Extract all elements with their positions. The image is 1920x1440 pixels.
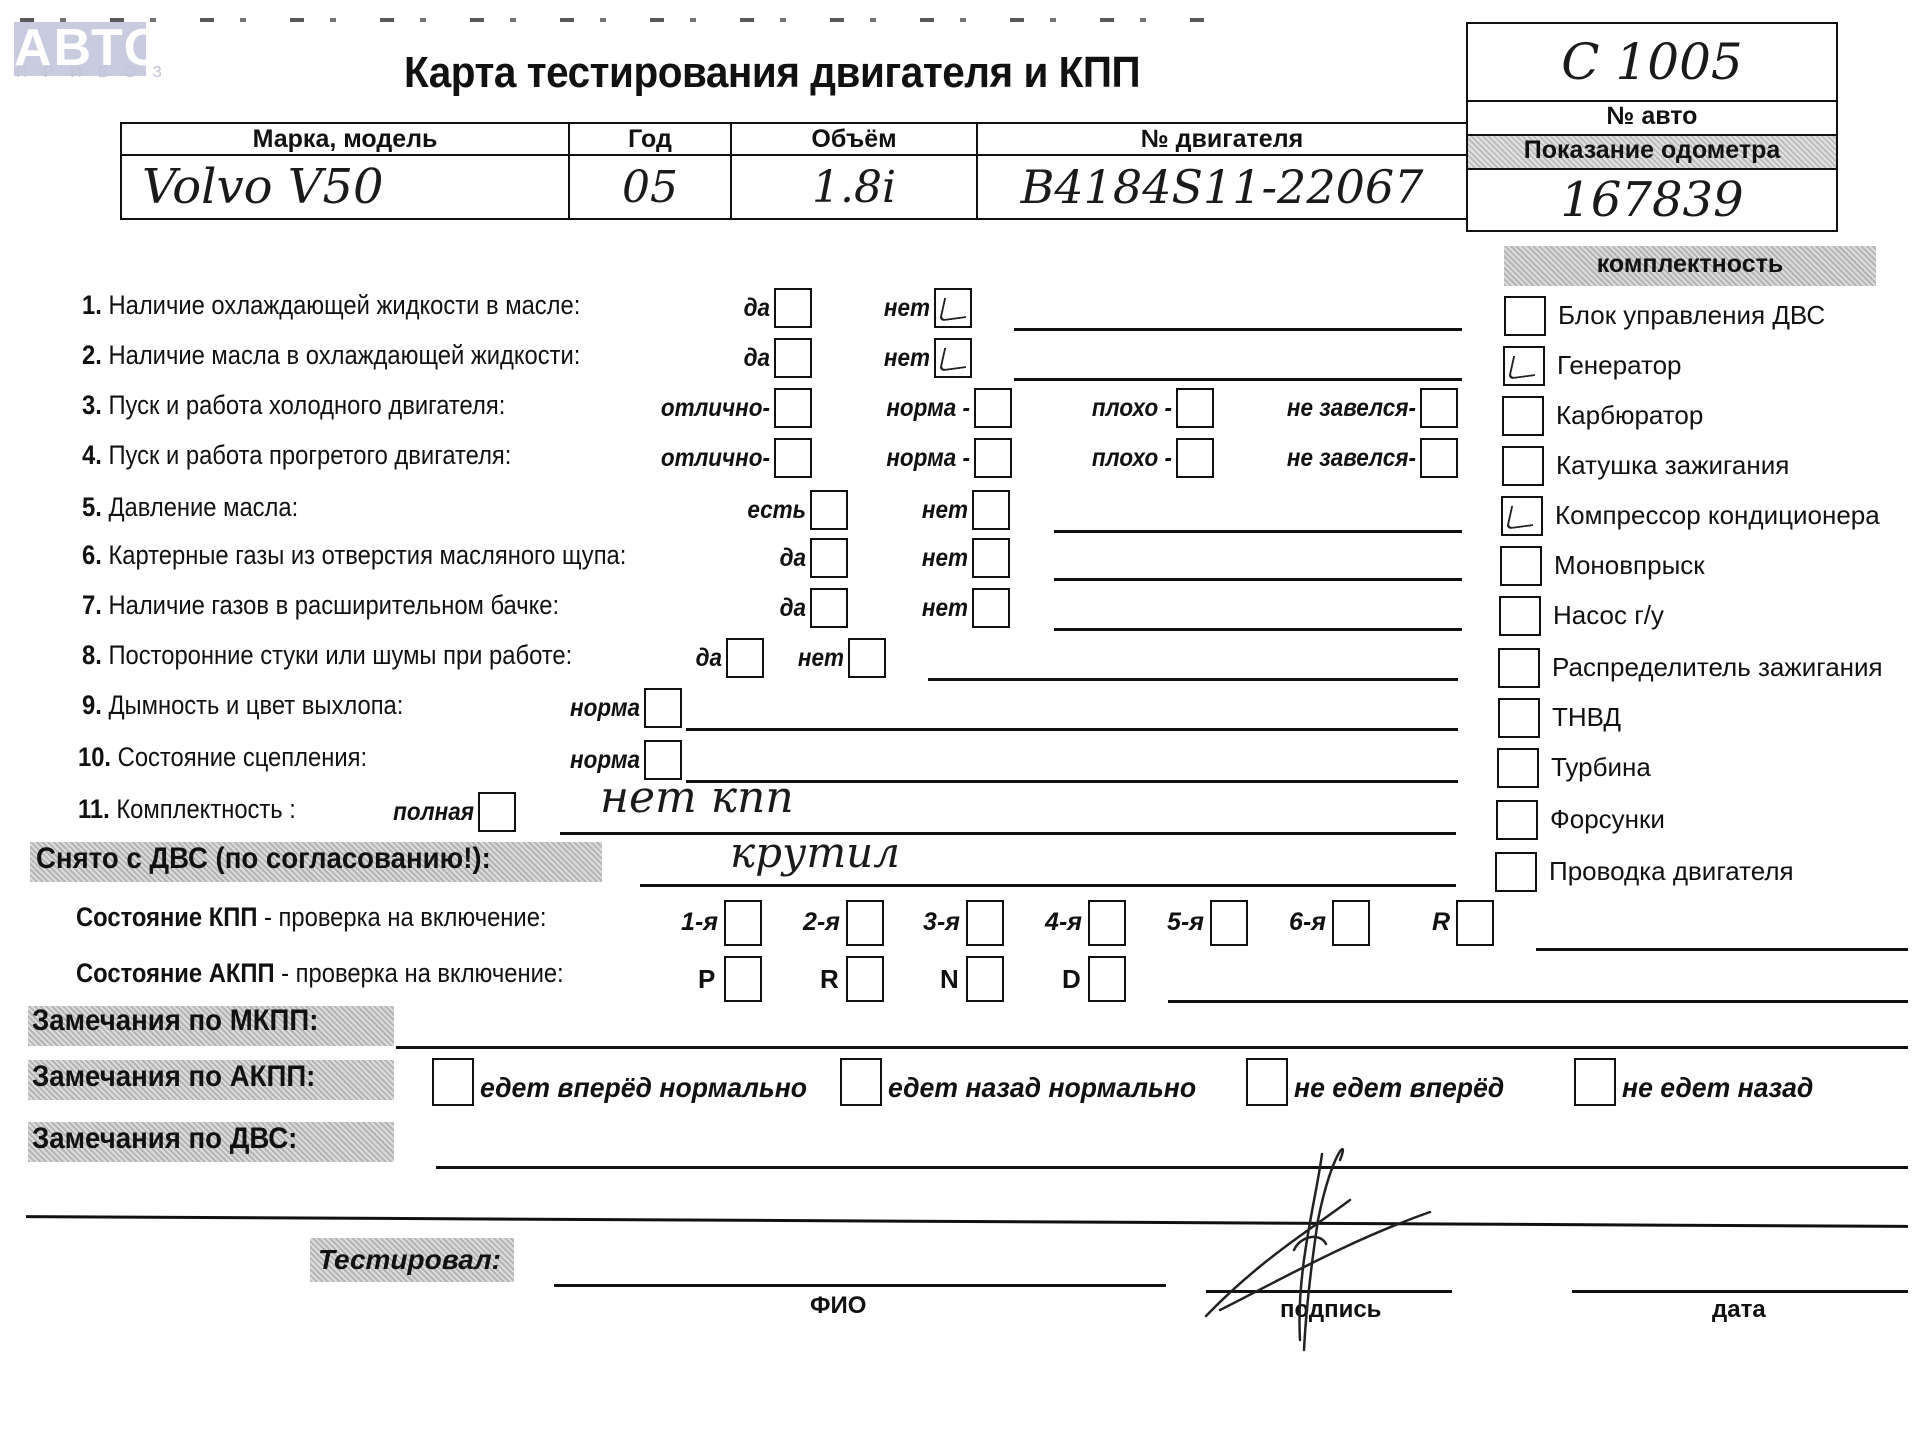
kpp-gear-checkbox[interactable]	[1210, 900, 1248, 946]
question-8-option-checkbox[interactable]	[848, 638, 886, 678]
kpp-underline	[1536, 948, 1908, 951]
akpp-remark-checkbox[interactable]	[1574, 1058, 1616, 1106]
kpp-gear-checkbox[interactable]	[966, 900, 1004, 946]
vehicle-info-table: Марка, модель Год Объём № двигателя Volv…	[120, 122, 1468, 220]
akpp-position-checkbox[interactable]	[846, 956, 884, 1002]
kpp-gear-label: 6-я	[1262, 908, 1326, 937]
kpp-gear-label: 3-я	[896, 908, 960, 937]
make-model-value[interactable]: Volvo V50	[121, 155, 569, 219]
question-11-option-checkbox[interactable]	[478, 792, 516, 832]
kpp-gear-label: R	[1386, 908, 1450, 937]
kpp-gear-checkbox[interactable]	[1088, 900, 1126, 946]
question-6-option-checkbox[interactable]	[972, 538, 1010, 578]
kpp-gear-label: 1-я	[654, 908, 718, 937]
odometer-label: Показание одометра	[1468, 136, 1836, 170]
question-2-option-label: нет	[93, 344, 930, 373]
column-header-engine-number: № двигателя	[977, 123, 1467, 155]
akpp-position-label: R	[820, 964, 839, 995]
kpp-gear-checkbox[interactable]	[724, 900, 762, 946]
kit-item-checkbox[interactable]	[1502, 446, 1544, 486]
question-9-comment-line[interactable]	[686, 728, 1458, 731]
question-8-comment-line[interactable]	[928, 678, 1458, 681]
kit-item-label: Распределитель зажигания	[1552, 652, 1883, 683]
akpp-position-checkbox[interactable]	[1088, 956, 1126, 1002]
question-10-comment-line[interactable]	[686, 780, 1458, 783]
question-4-option-label: не завелся-	[142, 444, 1416, 473]
column-header-year: Год	[569, 123, 731, 155]
question-9-option-checkbox[interactable]	[644, 688, 682, 728]
kit-item-label: Блок управления ДВС	[1558, 300, 1825, 331]
kpp-gear-checkbox[interactable]	[1332, 900, 1370, 946]
akpp-remark-checkbox[interactable]	[840, 1058, 882, 1106]
scan-artifact	[20, 18, 1210, 22]
question-11-note[interactable]: нет кпп	[600, 772, 794, 823]
question-5-option-label: нет	[97, 496, 968, 525]
removed-label: Снято с ДВС (по согласованию!):	[36, 842, 491, 876]
kit-item-checkbox[interactable]	[1503, 346, 1545, 386]
tested-by-label: Тестировал:	[318, 1244, 501, 1276]
column-header-make-model: Марка, модель	[121, 123, 569, 155]
kit-item-label: Форсунки	[1550, 804, 1665, 835]
akpp-remark-label: едет вперёд нормально	[480, 1072, 807, 1104]
akpp-remark-checkbox[interactable]	[1246, 1058, 1288, 1106]
question-2-option-checkbox[interactable]	[934, 338, 972, 378]
kit-item-checkbox[interactable]	[1500, 546, 1542, 586]
signature-scribble	[1200, 1140, 1440, 1360]
kpp-gear-label: 4-я	[1018, 908, 1082, 937]
kit-item-checkbox[interactable]	[1501, 496, 1543, 536]
car-info-box: C 1005 № авто Показание одометра 167839	[1466, 22, 1838, 232]
kit-item-checkbox[interactable]	[1499, 596, 1541, 636]
remarks-extra-line[interactable]	[26, 1215, 1908, 1227]
kit-item-checkbox[interactable]	[1495, 852, 1537, 892]
question-1-comment-line[interactable]	[1014, 328, 1462, 331]
odometer-value[interactable]: 167839	[1468, 170, 1836, 230]
date-line[interactable]	[1572, 1290, 1908, 1293]
removed-value[interactable]: крутил	[730, 828, 900, 877]
question-6-option-label: нет	[97, 544, 968, 573]
kit-item-checkbox[interactable]	[1497, 748, 1539, 788]
question-7-option-checkbox[interactable]	[972, 588, 1010, 628]
kit-title: комплектность	[1504, 250, 1876, 279]
kit-item-checkbox[interactable]	[1502, 396, 1544, 436]
kit-item-checkbox[interactable]	[1504, 296, 1546, 336]
car-number-label: № авто	[1468, 102, 1836, 136]
kit-item-label: ТНВД	[1552, 702, 1621, 733]
kpp-gear-label: 2-я	[776, 908, 840, 937]
question-3-option-label: не завелся-	[142, 394, 1416, 423]
kit-item-checkbox[interactable]	[1498, 648, 1540, 688]
remarks-akpp-label: Замечания по АКПП:	[32, 1060, 315, 1094]
remarks-mkpp-label: Замечания по МКПП:	[32, 1004, 318, 1038]
question-9-option-label: норма	[64, 694, 640, 723]
kit-item-label: Турбина	[1551, 752, 1651, 783]
date-label: дата	[1712, 1296, 1766, 1324]
question-1-option-checkbox[interactable]	[934, 288, 972, 328]
question-8-option-label: нет	[84, 644, 844, 673]
question-7-comment-line[interactable]	[1054, 628, 1462, 631]
kit-item-label: Насос г/у	[1553, 600, 1664, 631]
akpp-underline	[1168, 1000, 1908, 1003]
year-value[interactable]: 05	[569, 155, 731, 219]
akpp-position-label: D	[1062, 964, 1081, 995]
remarks-mkpp-line[interactable]	[396, 1046, 1908, 1049]
question-3-option-checkbox[interactable]	[1420, 388, 1458, 428]
akpp-position-label: P	[698, 964, 715, 995]
kit-item-checkbox[interactable]	[1496, 800, 1538, 840]
fio-label: ФИО	[810, 1292, 866, 1320]
akpp-remark-label: едет назад нормально	[888, 1072, 1196, 1104]
question-11-comment-line[interactable]	[560, 832, 1456, 835]
akpp-remark-checkbox[interactable]	[432, 1058, 474, 1106]
kit-item-label: Карбюратор	[1556, 400, 1703, 431]
remarks-dvs-line[interactable]	[436, 1166, 1908, 1169]
akpp-position-checkbox[interactable]	[966, 956, 1004, 1002]
kpp-gear-label: 5-я	[1140, 908, 1204, 937]
question-2-comment-line[interactable]	[1014, 378, 1462, 381]
volume-value[interactable]: 1.8i	[731, 155, 977, 219]
kit-item-label: Компрессор кондиционера	[1555, 500, 1880, 531]
akpp-label: Состояние АКПП - проверка на включение:	[76, 958, 564, 989]
question-5-option-checkbox[interactable]	[972, 490, 1010, 530]
akpp-position-checkbox[interactable]	[724, 956, 762, 1002]
question-10-option-label: норма	[64, 746, 640, 775]
column-header-volume: Объём	[731, 123, 977, 155]
akpp-position-label: N	[940, 964, 959, 995]
akpp-remark-label: не едет назад	[1622, 1072, 1813, 1104]
remarks-dvs-label: Замечания по ДВС:	[32, 1122, 297, 1156]
kpp-label: Состояние КПП - проверка на включение:	[76, 902, 547, 933]
kpp-gear-checkbox[interactable]	[1456, 900, 1494, 946]
fio-line[interactable]	[554, 1284, 1166, 1287]
kit-item-label: Генератор	[1557, 350, 1682, 381]
page-title: Карта тестирования двигателя и КПП	[404, 48, 1140, 98]
kpp-gear-checkbox[interactable]	[846, 900, 884, 946]
kit-item-label: Проводка двигателя	[1549, 856, 1794, 887]
kit-item-checkbox[interactable]	[1498, 698, 1540, 738]
kit-item-label: Катушка зажигания	[1556, 450, 1789, 481]
logo-subtitle: ПРИВОЗ	[16, 64, 178, 82]
car-number-value[interactable]: C 1005	[1468, 24, 1836, 102]
engine-number-value[interactable]: B4184S11-22067	[977, 155, 1467, 219]
akpp-remark-label: не едет вперёд	[1294, 1072, 1504, 1104]
question-6-comment-line[interactable]	[1054, 578, 1462, 581]
removed-underline	[640, 884, 1456, 887]
kit-item-label: Моновпрыск	[1554, 550, 1705, 581]
question-5-comment-line[interactable]	[1054, 530, 1462, 533]
question-1-option-label: нет	[93, 294, 930, 323]
question-4-option-checkbox[interactable]	[1420, 438, 1458, 478]
question-11-option-label: полная	[47, 798, 474, 827]
question-7-option-label: нет	[97, 594, 968, 623]
